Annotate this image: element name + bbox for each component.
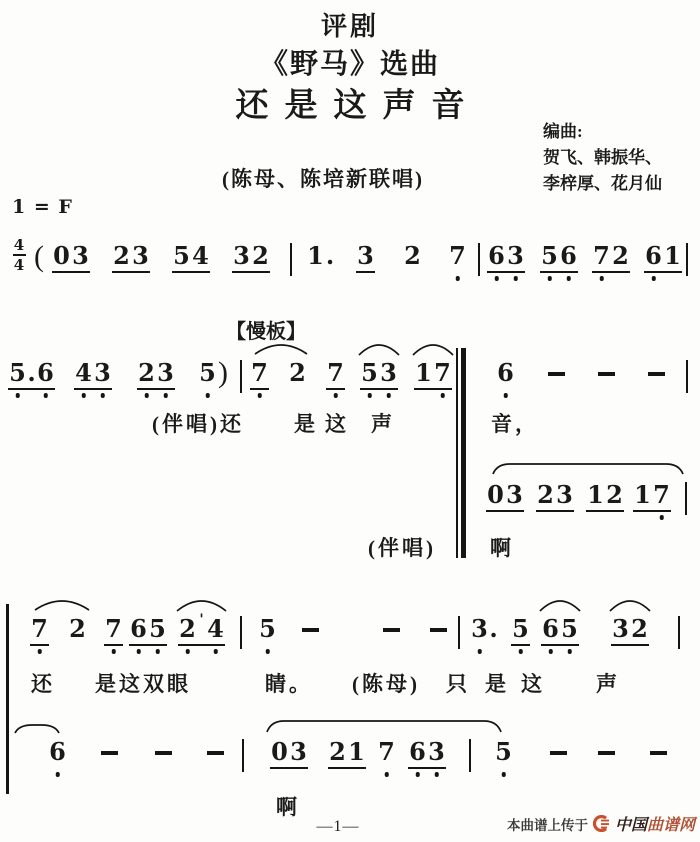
note-group: 5 <box>258 614 277 644</box>
low-octave-dot <box>15 393 20 398</box>
note-group: 12 <box>586 480 624 512</box>
note-group: 7 <box>448 241 467 271</box>
low-octave-dot <box>111 649 116 654</box>
note-digit: 1 <box>348 737 365 767</box>
note-digit: 6 <box>645 241 662 271</box>
note-digit: 0 <box>271 737 288 767</box>
barline <box>478 243 480 276</box>
note-digit: 7 <box>653 480 670 510</box>
barline <box>242 739 244 772</box>
low-octave-dot <box>136 649 141 654</box>
note-group: 32 <box>232 241 270 273</box>
note-digit: 6 <box>542 614 559 644</box>
low-octave-dot <box>367 393 372 398</box>
note-digit: 4 <box>207 614 224 644</box>
note-group: 5 <box>494 737 513 767</box>
low-octave-dot <box>566 276 571 281</box>
slur <box>34 600 90 611</box>
note-group: 7 <box>250 358 269 390</box>
note-digit: 3 <box>612 614 629 644</box>
slur <box>176 600 227 612</box>
watermark-text: 本曲谱上传于 <box>507 814 588 834</box>
lyric-text: 啊 <box>276 791 300 821</box>
barline <box>678 616 680 649</box>
note-digit: 3 <box>72 241 89 271</box>
note-digit: 3 <box>157 358 174 388</box>
whole-note-dash <box>155 751 172 755</box>
note-digit: 3 <box>506 480 523 510</box>
note-digit: 7 <box>31 614 48 644</box>
note-digit: 7 <box>449 241 466 271</box>
low-octave-dot <box>494 276 499 281</box>
score-canvas: 44(032354321.327635672615.643235)7275317… <box>0 0 700 842</box>
low-octave-dot <box>205 393 210 398</box>
note-digit: 1 <box>634 480 651 510</box>
note-digit: 1 <box>587 480 604 510</box>
note-group: 7 <box>30 614 49 646</box>
whole-note-dash <box>598 751 615 755</box>
low-octave-dot <box>434 772 439 777</box>
note-group: 7 <box>104 614 123 646</box>
note-digit: 7 <box>105 614 122 644</box>
note-digit: 2 <box>631 614 648 644</box>
note-group: 5 <box>511 614 530 646</box>
note-digit: 5 <box>173 241 190 271</box>
note-group: 3. <box>470 614 498 644</box>
note-digit: 4 <box>192 241 209 271</box>
slur <box>358 344 400 356</box>
whole-note-dash <box>648 372 665 376</box>
lyric-text: 啊 <box>490 532 514 562</box>
low-octave-dot <box>455 276 460 281</box>
note-digit: 2 <box>537 480 554 510</box>
barline <box>685 482 687 515</box>
site-name-part2: 曲谱网 <box>647 817 695 834</box>
lyric-text: (伴唱)还 <box>152 408 244 438</box>
note-group: 63 <box>487 241 525 273</box>
note-digit: 6 <box>497 358 514 388</box>
lyric-text: 声 <box>596 668 620 698</box>
lyric-text: 这 <box>325 408 349 438</box>
slur <box>254 344 308 355</box>
note-group: 03 <box>52 241 90 273</box>
site-name: 中国曲谱网 <box>615 812 695 835</box>
note-digit: 1 <box>415 358 432 388</box>
low-octave-dot <box>440 393 445 398</box>
note-digit: 2 <box>252 241 269 271</box>
note-group: 54 <box>172 241 210 273</box>
note-digit: 3 <box>357 241 374 271</box>
note-digit: 3 <box>94 358 111 388</box>
low-octave-dot <box>333 393 338 398</box>
note-group: 65 <box>541 614 579 646</box>
barline <box>240 360 242 393</box>
note-digit: 7 <box>593 241 610 271</box>
slur <box>412 344 454 356</box>
note-digit: 5 <box>259 614 276 644</box>
note-digit: 3 <box>507 241 524 271</box>
note-digit: 7 <box>378 737 395 767</box>
barline <box>686 360 688 393</box>
note-digit: 0 <box>487 480 504 510</box>
note-digit: . <box>27 358 35 388</box>
music-symbol: ) <box>218 355 228 391</box>
note-group: 6 <box>496 358 515 388</box>
note-digit: . <box>326 241 334 271</box>
whole-note-dash <box>101 751 118 755</box>
whole-note-dash <box>207 751 224 755</box>
note-digit: 5 <box>361 358 378 388</box>
note-group: 23 <box>536 480 574 512</box>
note-digit: 6 <box>37 358 54 388</box>
low-octave-dot <box>163 393 168 398</box>
note-digit: 2 <box>179 614 196 644</box>
low-octave-dot <box>43 393 48 398</box>
barline <box>686 243 688 276</box>
site-name-part1: 中国 <box>615 817 647 834</box>
note-group: 63 <box>408 737 446 769</box>
note-digit: 6 <box>409 737 426 767</box>
low-octave-dot <box>100 393 105 398</box>
low-octave-dot <box>386 393 391 398</box>
note-digit: 5 <box>9 358 26 388</box>
barline <box>290 243 292 276</box>
note-digit: 3 <box>556 480 573 510</box>
note-digit: 3 <box>380 358 397 388</box>
note-digit: 2 <box>289 358 306 388</box>
low-octave-dot <box>501 772 506 777</box>
note-group: 7 <box>326 358 345 390</box>
lyric-text: 睛。 <box>265 668 313 698</box>
lyric-text: 是 <box>294 408 318 438</box>
note-group: 3 <box>356 241 375 273</box>
barline <box>469 739 471 772</box>
lyric-text: 只 <box>446 668 470 698</box>
low-octave-dot <box>548 649 553 654</box>
note-group: 17 <box>633 480 671 512</box>
note-group: 03 <box>486 480 524 512</box>
note-digit: 2 <box>612 241 629 271</box>
note-digit: 5 <box>512 614 529 644</box>
music-symbol: ( <box>34 239 44 275</box>
note-digit: 3 <box>428 737 445 767</box>
note-digit: 3 <box>471 614 488 644</box>
low-octave-dot <box>81 393 86 398</box>
note-group: 53 <box>360 358 398 390</box>
system-bracket <box>6 604 9 794</box>
note-digit: 5 <box>199 358 216 388</box>
note-group: 03 <box>270 737 308 769</box>
note-digit: 5 <box>149 614 166 644</box>
note-digit: 2 <box>69 614 86 644</box>
note-digit: . <box>489 614 497 644</box>
note-digit: 7 <box>251 358 268 388</box>
note-group: 61 <box>644 241 682 273</box>
whole-note-dash <box>302 628 319 632</box>
note-digit: 1 <box>307 241 324 271</box>
low-octave-dot <box>651 276 656 281</box>
note-digit: 5 <box>495 737 512 767</box>
slur <box>14 724 60 734</box>
note-group: 2 <box>403 241 422 271</box>
whole-note-dash <box>650 751 667 755</box>
low-octave-dot <box>513 276 518 281</box>
note-group: 43 <box>74 358 112 390</box>
low-octave-dot <box>155 649 160 654</box>
note-group: 5 <box>198 358 217 388</box>
low-octave-dot <box>659 515 664 520</box>
note-digit: 3 <box>132 241 149 271</box>
low-octave-dot <box>567 649 572 654</box>
note-digit: 2 <box>138 358 155 388</box>
note-group: 6 <box>48 737 67 767</box>
low-octave-dot <box>265 649 270 654</box>
watermark: 本曲谱上传于 中国曲谱网 <box>507 812 695 835</box>
note-digit: 3 <box>290 737 307 767</box>
note-digit: 1 <box>664 241 681 271</box>
low-octave-dot <box>37 649 42 654</box>
whole-note-dash <box>550 751 567 755</box>
note-group: 65 <box>129 614 167 646</box>
low-octave-dot <box>503 393 508 398</box>
lyric-text: 是这双眼 <box>95 668 191 698</box>
lyric-text: 声 <box>371 408 395 438</box>
note-group: 2 <box>68 614 87 644</box>
lyric-text: 这 <box>521 668 545 698</box>
slur <box>609 600 651 612</box>
note-group: 72 <box>592 241 630 273</box>
lyric-text: 音， <box>491 408 539 438</box>
note-digit: 4 <box>75 358 92 388</box>
note-digit: 2 <box>606 480 623 510</box>
note-group: 2'4 <box>178 614 225 646</box>
barline <box>240 616 242 649</box>
sheet-music-page: 评剧 《野马》选曲 还是这声音 编曲: 贺飞、韩振华、 李梓厚、花月仙 (陈母、… <box>0 0 700 842</box>
low-octave-dot <box>185 649 190 654</box>
note-digit: 7 <box>327 358 344 388</box>
low-octave-dot <box>477 649 482 654</box>
note-digit: 6 <box>130 614 147 644</box>
whole-note-dash <box>598 372 615 376</box>
note-digit: 2 <box>113 241 130 271</box>
note-digit: 6 <box>560 241 577 271</box>
note-group: 32 <box>611 614 649 646</box>
note-digit: 5 <box>541 241 558 271</box>
low-octave-dot <box>518 649 523 654</box>
low-octave-dot <box>55 772 60 777</box>
whole-note-dash <box>548 372 565 376</box>
low-octave-dot <box>257 393 262 398</box>
slur <box>266 720 502 733</box>
note-group: 23 <box>112 241 150 273</box>
low-octave-dot <box>415 772 420 777</box>
slur <box>539 600 581 612</box>
note-digit: 5 <box>561 614 578 644</box>
note-group: 23 <box>137 358 175 390</box>
low-octave-dot <box>547 276 552 281</box>
note-digit: 0 <box>53 241 70 271</box>
note-digit: 3 <box>233 241 250 271</box>
lyric-text: (伴唱) <box>368 532 436 562</box>
lyric-text: 是 <box>485 668 509 698</box>
note-group: 56 <box>540 241 578 273</box>
note-group: 21 <box>328 737 366 769</box>
time-signature: 44 <box>10 238 28 272</box>
low-octave-dot <box>384 772 389 777</box>
note-digit: ' <box>199 613 203 643</box>
note-digit: 6 <box>488 241 505 271</box>
note-digit: 2 <box>329 737 346 767</box>
note-group: 17 <box>414 358 452 390</box>
note-group: 5.6 <box>8 358 55 390</box>
barline <box>458 616 460 649</box>
lyric-text: 还 <box>31 668 55 698</box>
whole-note-dash <box>430 628 447 632</box>
lyric-text: (陈母) <box>352 668 420 698</box>
note-digit: 6 <box>49 737 66 767</box>
low-octave-dot <box>144 393 149 398</box>
site-logo-icon <box>593 815 610 832</box>
whole-note-dash <box>383 628 400 632</box>
low-octave-dot <box>213 649 218 654</box>
note-group: 7 <box>377 737 396 767</box>
double-barline <box>456 348 467 558</box>
low-octave-dot <box>599 276 604 281</box>
note-group: 2 <box>288 358 307 388</box>
note-group: 1. <box>306 241 335 271</box>
slur <box>492 463 684 475</box>
note-digit: 2 <box>404 241 421 271</box>
note-digit: 7 <box>434 358 451 388</box>
